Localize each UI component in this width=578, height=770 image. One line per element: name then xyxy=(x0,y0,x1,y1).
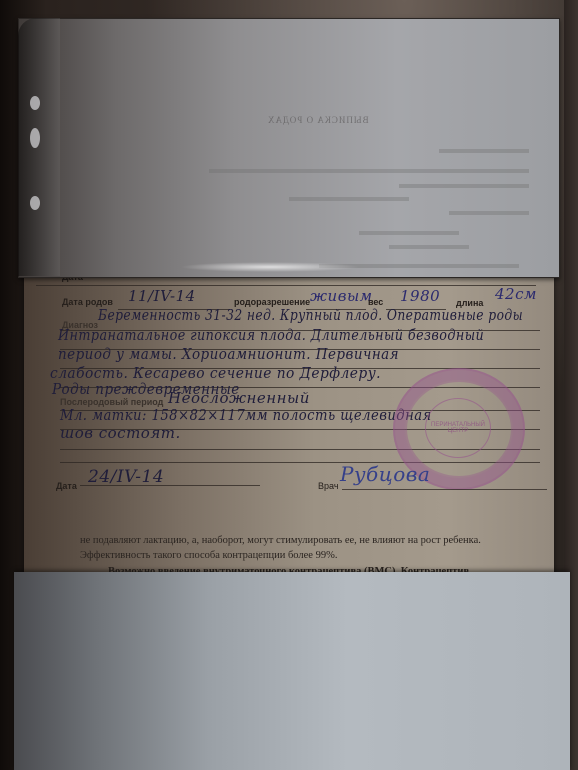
cover-sheet xyxy=(14,572,570,770)
rule xyxy=(36,285,536,286)
printed-line-1: не подавляют лактацию, а, наоборот, могу… xyxy=(80,535,481,546)
ghost-line xyxy=(289,197,409,201)
plastic-sleeve: ВЫПИСКА О РОДАХ xyxy=(18,18,560,278)
ghost-line xyxy=(359,231,459,235)
ghost-line xyxy=(389,245,469,249)
hw-diagnosis-line-2: Интранатальное гипоксия плода. Длительны… xyxy=(58,326,484,344)
printed-line-2: Эффективность такого способа контрацепци… xyxy=(80,550,337,561)
hw-postpartum-line-3: шов состоят. xyxy=(60,424,181,442)
ghost-line xyxy=(399,184,529,188)
hw-postpartum-line-2: Мл. матки: 158×82×117мм полость щелевидн… xyxy=(60,406,432,424)
hw-diagnosis-line-1: Беременность 31-32 нед. Крупный плод. Оп… xyxy=(98,306,523,324)
light-glare xyxy=(180,262,360,272)
punch-hole-icon xyxy=(30,128,40,148)
ghost-line xyxy=(439,149,529,153)
hw-doctor-signature: Рубцова xyxy=(340,462,430,486)
hw-birth-date: 11/IV-14 xyxy=(128,287,196,305)
hw-length: 42см xyxy=(495,285,537,303)
sleeve-binding-edge xyxy=(18,18,60,276)
punch-hole-icon xyxy=(30,196,40,210)
hw-diagnosis-line-3: период у мамы. Хориоамнионит. Первичная xyxy=(58,345,399,363)
hw-postpartum-line-1: Неосложненный xyxy=(168,389,310,407)
label-date: Дата xyxy=(56,481,77,491)
label-doctor: Врач xyxy=(318,481,339,491)
ghost-line xyxy=(449,211,529,215)
punch-hole-icon xyxy=(30,96,40,110)
stamp-center-text: ПЕРИНАТАЛЬНЫЙ ЦЕНТР xyxy=(425,398,491,458)
hw-date: 24/IV-14 xyxy=(88,467,164,487)
hw-delivery: живым xyxy=(310,287,373,305)
rule xyxy=(342,489,547,490)
ghost-line xyxy=(209,169,529,173)
rule xyxy=(80,485,260,486)
ghost-title: ВЫПИСКА О РОДАХ xyxy=(267,115,369,125)
hw-weight: 1980 xyxy=(400,287,440,305)
